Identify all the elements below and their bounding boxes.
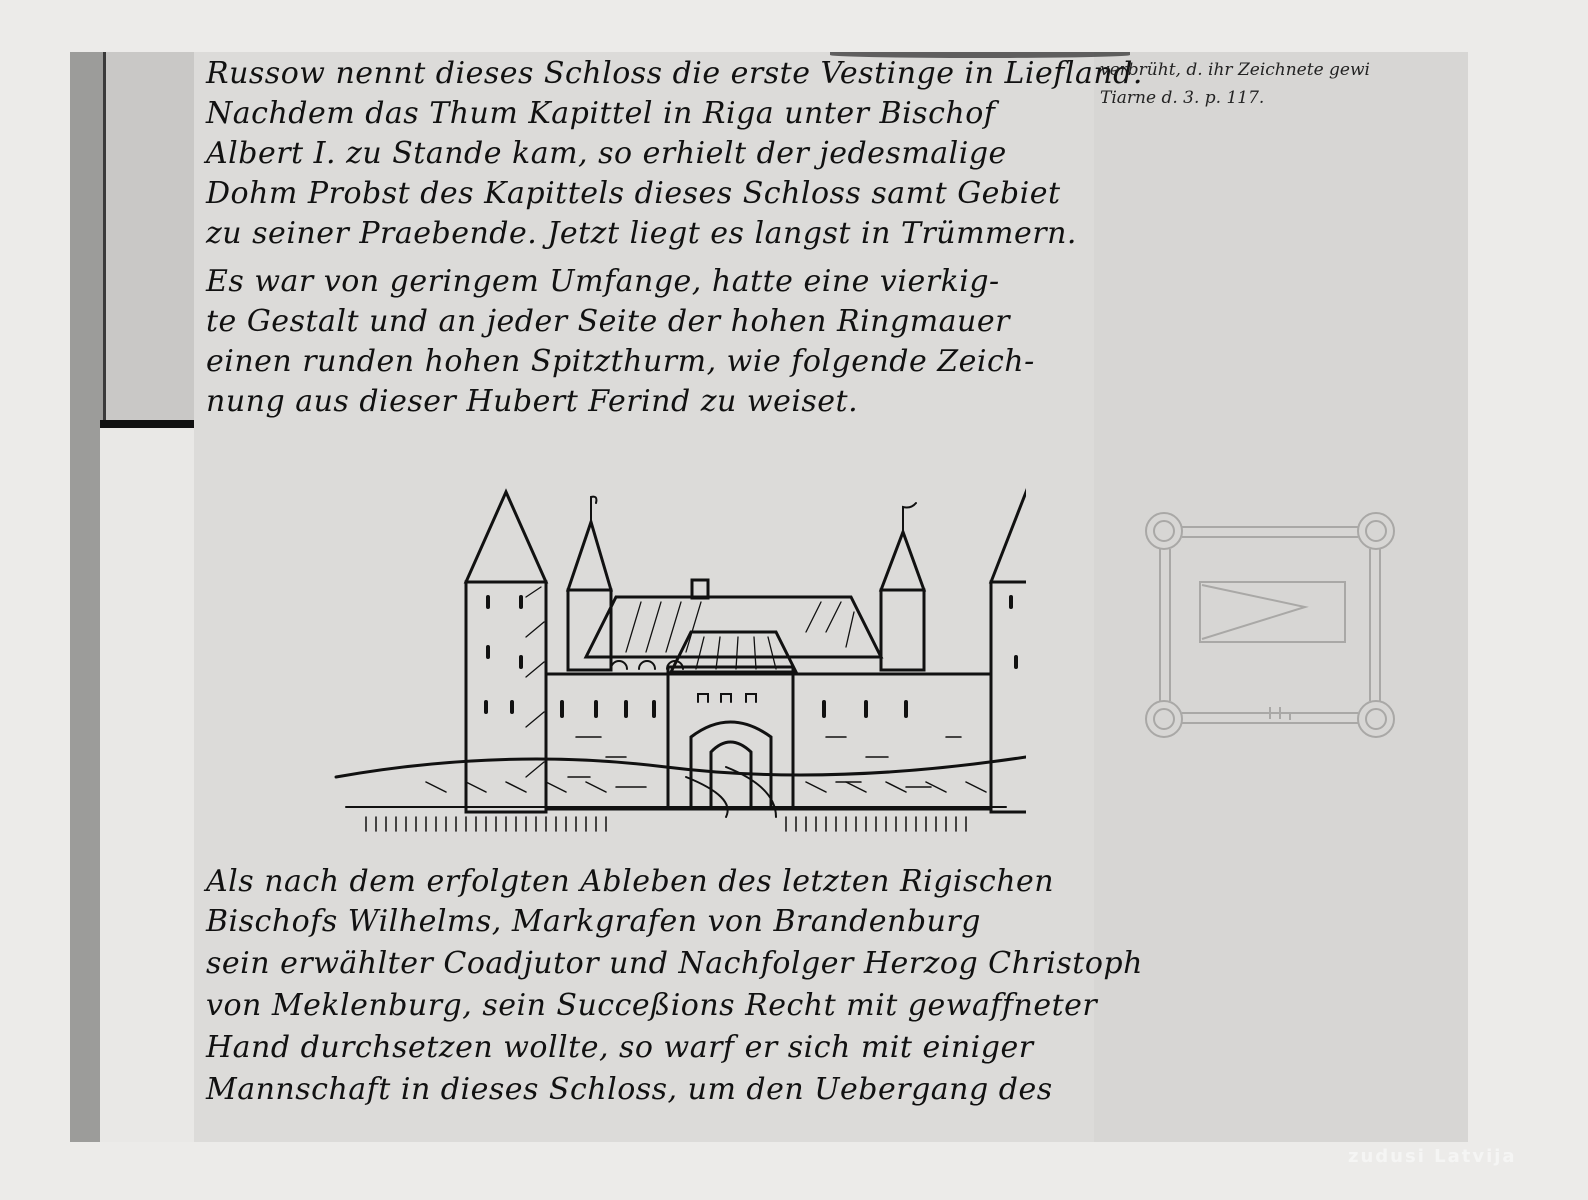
text-line: Es war von geringem Umfange, hatte eine … bbox=[206, 264, 1000, 299]
text-line: nung aus dieser Hubert Ferind zu weiset. bbox=[206, 384, 858, 419]
binding-strip bbox=[70, 52, 104, 1142]
text-line: te Gestalt und an jeder Seite der hohen … bbox=[206, 304, 1010, 339]
text-line: Albert I. zu Stande kam, so erhielt der … bbox=[206, 136, 1007, 171]
text-line: Mannschaft in dieses Schloss, um den Ueb… bbox=[206, 1072, 1053, 1107]
text-line: von Meklenburg, sein Succeßions Recht mi… bbox=[206, 988, 1097, 1023]
text-line: Hand durchsetzen wollte, so warf er sich… bbox=[206, 1030, 1034, 1065]
watermark: zudusi Latvija bbox=[1348, 1146, 1517, 1167]
floor-plan-sketch bbox=[1140, 507, 1400, 747]
text-line: sein erwählter Coadjutor und Nachfolger … bbox=[206, 946, 1143, 981]
left-margin-panel bbox=[106, 52, 194, 424]
text-line: Russow nennt dieses Schloss die erste Ve… bbox=[206, 56, 1143, 91]
manuscript-photograph: DAHLEN Russow nennt dieses Schloss die e… bbox=[70, 52, 1468, 1142]
margin-note-line: Tiarne d. 3. p. 117. bbox=[1100, 88, 1264, 108]
text-line: zu seiner Praebende. Jetzt liegt es lang… bbox=[206, 216, 1077, 251]
text-line: Nachdem das Thum Kapittel in Riga unter … bbox=[206, 96, 995, 131]
castle-illustration bbox=[306, 437, 1026, 857]
text-line: Als nach dem erfolgten Ableben des letzt… bbox=[206, 864, 1054, 899]
margin-note-line: verbrüht, d. ihr Zeichnete gewi bbox=[1100, 60, 1370, 80]
text-line: einen runden hohen Spitzthurm, wie folge… bbox=[206, 344, 1035, 379]
text-line: Dohm Probst des Kapittels dieses Schloss… bbox=[206, 176, 1061, 211]
text-line: Bischofs Wilhelms, Markgrafen von Brande… bbox=[206, 904, 981, 939]
